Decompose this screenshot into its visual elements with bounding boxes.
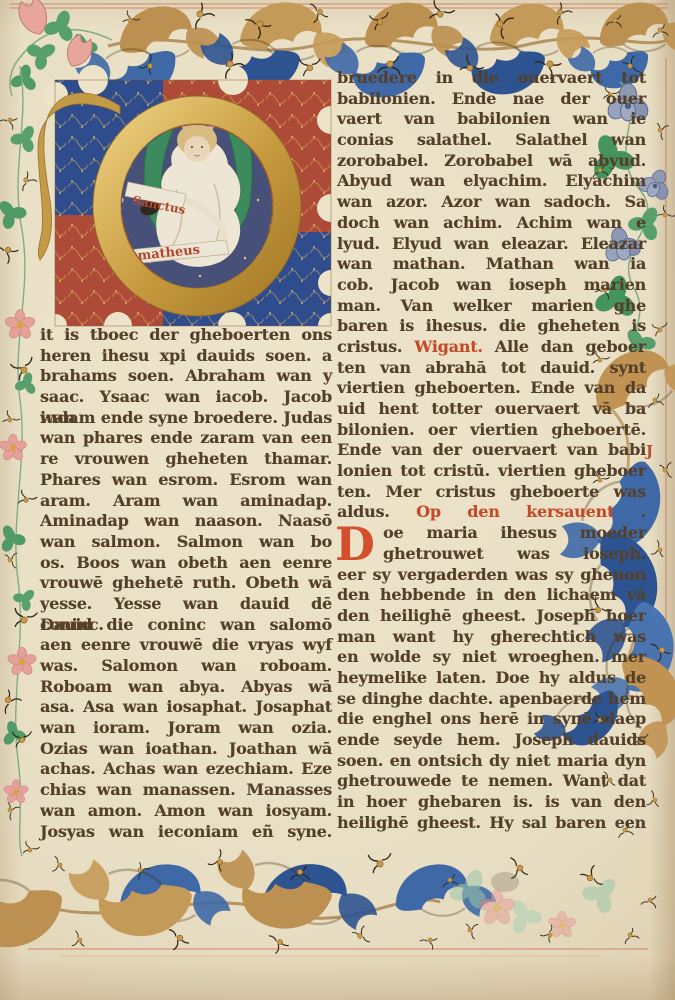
text-line: ghetrouwede te nemen. Want dat [337,771,646,792]
text-line: brahams soen. Abraham wan y [40,366,332,387]
text-line: eer sy vergaderden was sy gheuon [337,565,646,586]
text-line: wan ioram. Joram wan ozia. [40,718,332,739]
text-line: Josyas wan ieconiam eñ syne. [40,822,332,843]
text-line: uid hent totter ouervaert vā ba [337,399,646,420]
text-line: lyud. Elyud wan eleazar. Eleazar [337,234,646,255]
text-line: viertien gheboerten. Ende van da [337,378,646,399]
text-line: iudam ende syne broedere. Judas [40,408,332,429]
miniature-initial-d: Sanctus matheus [38,65,345,340]
text-line: wan amon. Amon wan iosyam. [40,801,332,822]
text-line: ghetrouwet was ioseph. [337,544,646,565]
text-line: wan phares ende zaram van een [40,428,332,449]
text-line: os. Boos wan obeth aen eenre [40,553,332,574]
text-line: cob. Jacob wan ioseph marien [337,275,646,296]
text-line: aen eenre vrouwē die vryas wyf [40,635,332,656]
text-line: wan salmon. Salmon wan bo [40,532,332,553]
text-line: saac. Ysaac wan iacob. Jacob wan [40,387,332,408]
text-line: bilonien. oer viertien gheboertē. [337,420,646,441]
text-line: Abyud wan elyachim. Elyachim [337,171,646,192]
text-line: ende seyde hem. Joseph dauids [337,730,646,751]
text-line: was. Salomon wan roboam. [40,656,332,677]
text-line: Ozias wan ioathan. Joathan wā [40,739,332,760]
text-line: heymelike laten. Doe hy aldus de [337,668,646,689]
text-line: Phares wan esrom. Esrom wan [40,470,332,491]
text-line: in hoer ghebaren is. is van den [337,792,646,813]
angel-face [184,136,210,162]
text-line: babilonien. Ende nae der ouer [337,89,646,110]
text-line: bruedere in die ouervaert tot [337,68,646,89]
text-line: lonien tot cristū. viertien gheboer [337,461,646,482]
text-line: Ende van der ouervaert van babi [337,440,646,461]
text-line: yesse. Yesse wan dauid dē coninc. [40,594,332,615]
text-line: Roboam wan abya. Abyas wā [40,677,332,698]
text-line: ten van abrahā tot dauid. synt [337,358,646,379]
text-line: wan azor. Azor wan sadoch. Sa [337,192,646,213]
text-line: soen. en ontsich dy niet maria dyn [337,751,646,772]
text-line: it is tboec der gheboerten ons [40,325,332,346]
text-line: Doe maria ihesus moeder [337,523,646,544]
text-line: zorobabel. Zorobabel wā abyud. [337,151,646,172]
text-line: aldus. Op den kersauent . [337,502,646,523]
text-line: se dinghe dachte. apenbaerde hem [337,689,646,710]
text-line: Aminadap wan naason. Naasō [40,511,332,532]
text-line: man want hy gherechtich was [337,627,646,648]
text-line: chias wan manassen. Manasses [40,780,332,801]
text-line: vaert van babilonien wan ie [337,109,646,130]
text-line: vrouwē ghehetē ruth. Obeth wā [40,573,332,594]
text-line: heilighē gheest. Hy sal baren een [337,813,646,834]
text-line: den heilighē gheest. Joseph hoer [337,606,646,627]
text-line: doch wan achim. Achim wan e [337,213,646,234]
bottom-border-faded-flowers [443,862,629,939]
text-column-left: it is tboec der gheboerten onsheren ihes… [40,325,332,842]
text-line: die enghel ons herē in synē slaep [337,709,646,730]
text-line: cristus. Wigant. Alle dan geboer [337,337,646,358]
text-line: conias salathel. Salathel wan [337,130,646,151]
text-line: asa. Asa wan iosaphat. Josaphat [40,697,332,718]
text-line: wan mathan. Mathan wan ia [337,254,646,275]
text-line: man. Van welker marien ghe [337,296,646,317]
text-line: re vrouwen gheheten thamar. [40,449,332,470]
text-column-right: bruedere in die ouervaert totbabilonien.… [337,68,646,833]
text-line: Dauid die coninc wan salomō [40,615,332,636]
bottom-border-acanthus [0,847,499,959]
text-line: heren ihesu xpi dauids soen. a [40,346,332,367]
text-line: den hebbende in den lichaem vā [337,585,646,606]
text-line: baren is ihesus. die gheheten is [337,316,646,337]
text-line: aram. Aram wan aminadap. [40,491,332,512]
manuscript-page: Sanctus matheus J it is tboec der gheboe… [0,0,675,1000]
text-line: en wolde sy niet wroeghen. mer [337,647,646,668]
text-line: achas. Achas wan ezechiam. Eze [40,759,332,780]
text-line: ten. Mer cristus gheboerte was [337,482,646,503]
